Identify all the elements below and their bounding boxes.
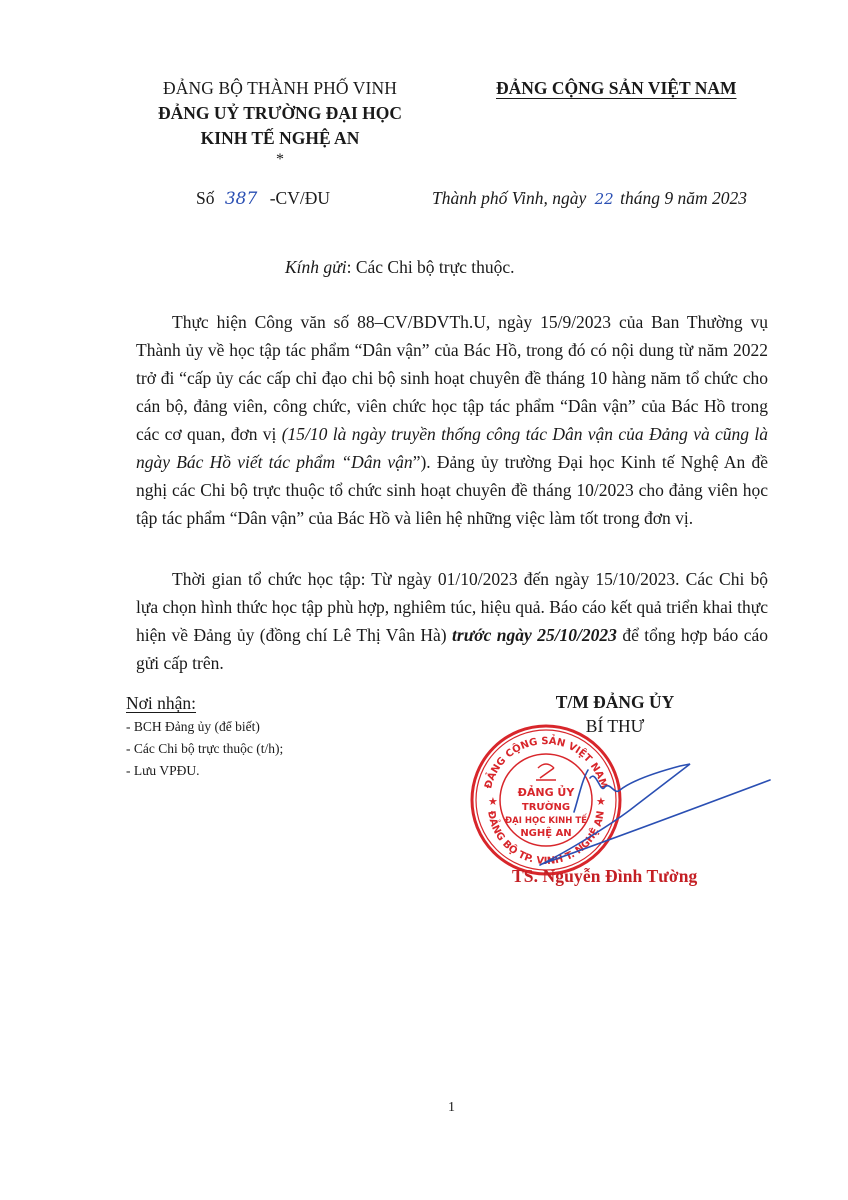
- handwritten-day: 22: [595, 190, 614, 208]
- date-prefix: Thành phố Vinh, ngày: [432, 188, 586, 208]
- star-separator: *: [120, 153, 440, 167]
- recipients-title: Nơi nhận:: [126, 692, 283, 714]
- number-prefix: Số: [196, 188, 214, 208]
- motto-text: ĐẢNG CỘNG SẢN VIỆT NAM: [496, 78, 737, 98]
- document-page: ĐẢNG BỘ THÀNH PHỐ VINH ĐẢNG UỶ TRƯỜNG ĐẠ…: [0, 0, 848, 1200]
- recipient-item: - BCH Đảng ủy (để biết): [126, 716, 283, 738]
- recipient-item: - Các Chi bộ trực thuộc (t/h);: [126, 738, 283, 760]
- signer-name: TS. Nguyễn Đình Tường: [512, 866, 697, 887]
- org-line-1: ĐẢNG BỘ THÀNH PHỐ VINH: [120, 76, 440, 101]
- signer-role-1: T/M ĐẢNG ỦY: [540, 690, 690, 714]
- addressee-value: : Các Chi bộ trực thuộc.: [347, 257, 515, 277]
- svg-text:★: ★: [488, 796, 498, 808]
- handwritten-signature-icon: [530, 740, 780, 870]
- document-number: Số 387 -CV/ĐU: [196, 188, 330, 209]
- party-motto: ĐẢNG CỘNG SẢN VIỆT NAM: [496, 76, 737, 101]
- org-line-3: KINH TẾ NGHỆ AN: [120, 126, 440, 151]
- issuing-organization: ĐẢNG BỘ THÀNH PHỐ VINH ĐẢNG UỶ TRƯỜNG ĐẠ…: [120, 76, 440, 167]
- org-line-2: ĐẢNG UỶ TRƯỜNG ĐẠI HỌC: [120, 101, 440, 126]
- recipients-list: - BCH Đảng ủy (để biết) - Các Chi bộ trự…: [126, 716, 283, 782]
- number-suffix: -CV/ĐU: [270, 188, 330, 208]
- handwritten-number: 387: [225, 189, 257, 209]
- para2-deadline: trước ngày 25/10/2023: [452, 625, 617, 645]
- body-paragraph-1: Thực hiện Công văn số 88–CV/BDVTh.U, ngà…: [136, 308, 768, 532]
- addressee-line: Kính gửi: Các Chi bộ trực thuộc.: [285, 257, 515, 278]
- recipients-block: Nơi nhận: - BCH Đảng ủy (để biết) - Các …: [126, 692, 283, 782]
- recipient-item: - Lưu VPĐU.: [126, 760, 283, 782]
- body-paragraph-2: Thời gian tổ chức học tập: Từ ngày 01/10…: [136, 565, 768, 677]
- place-and-date: Thành phố Vinh, ngày 22 tháng 9 năm 2023: [432, 188, 747, 209]
- date-rest: tháng 9 năm 2023: [620, 188, 747, 208]
- addressee-label: Kính gửi: [285, 257, 347, 277]
- page-number: 1: [448, 1100, 455, 1116]
